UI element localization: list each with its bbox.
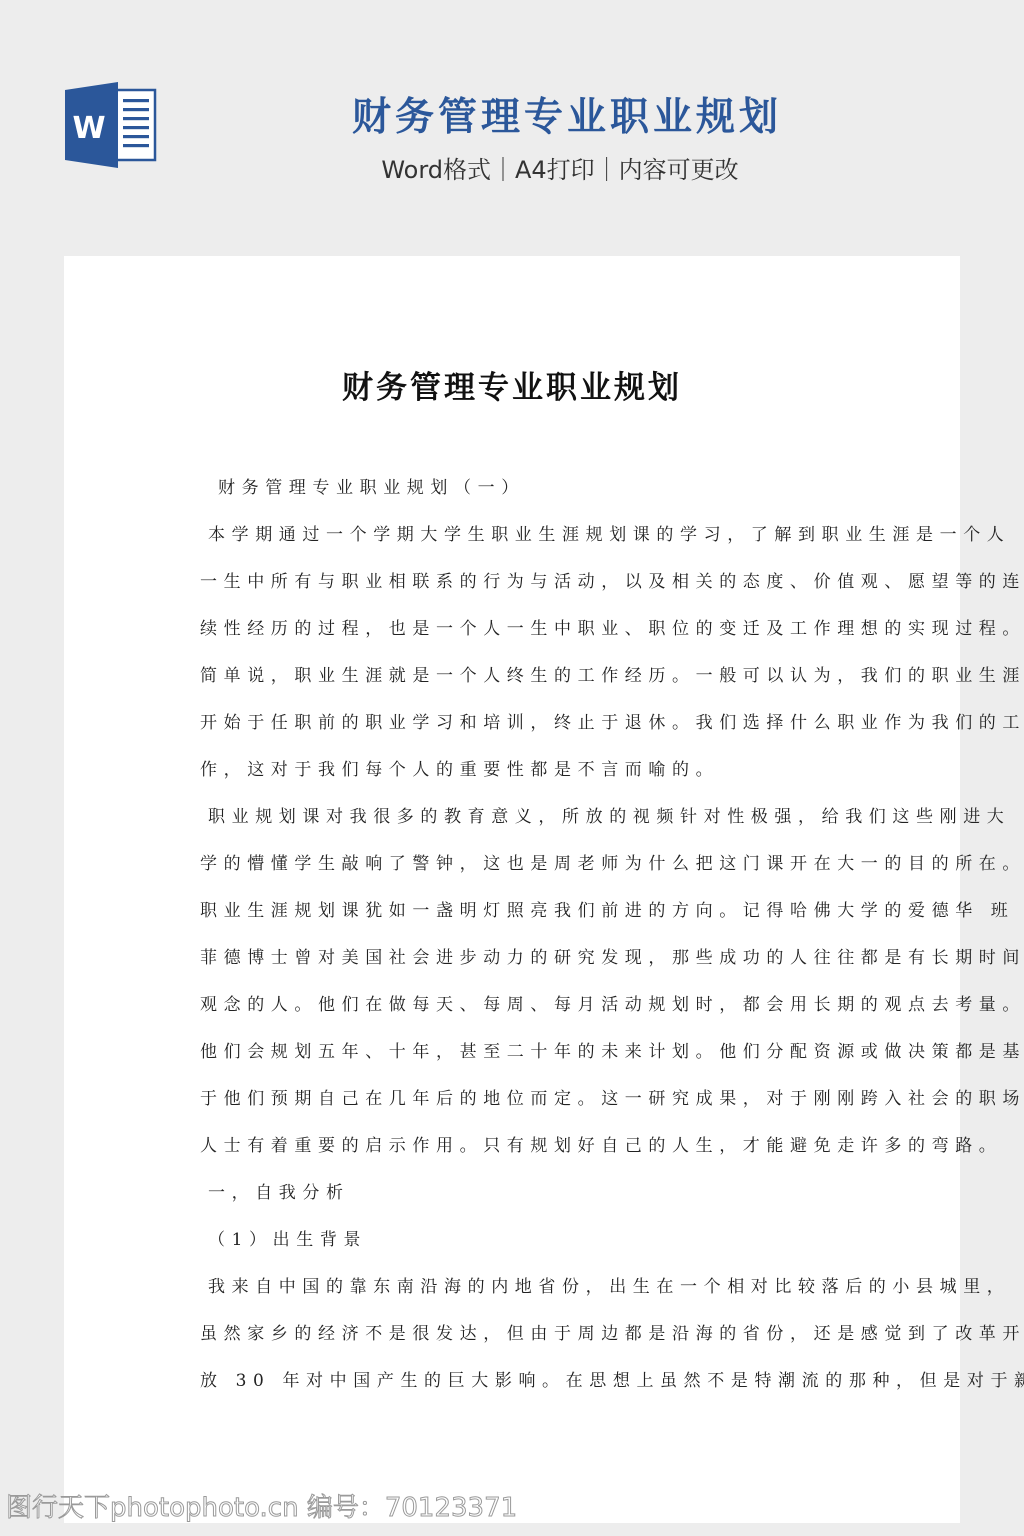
word-icon: W (65, 82, 157, 168)
header-subtitle: Word格式｜A4打印｜内容可更改 (360, 152, 760, 188)
watermark: 图行天下photophoto.cn 编号：70123371 (6, 1492, 517, 1524)
text-line: 学的懵懂学生敲响了警钟，这也是周老师为什么把这门课开在大一的目的所在。 (200, 841, 832, 888)
text-line: 观念的人。他们在做每天、每周、每月活动规划时，都会用长期的观点去考量。 (200, 982, 832, 1029)
document-body: 财务管理专业职业规划（一） 本学期通过一个学期大学生职业生涯规划课的学习，了解到… (200, 465, 832, 1405)
header-title: 财务管理专业职业规划 (352, 92, 762, 144)
svg-text:W: W (72, 111, 105, 146)
document-page: 财务管理专业职业规划 财务管理专业职业规划（一） 本学期通过一个学期大学生职业生… (64, 256, 960, 1523)
text-line: 人士有着重要的启示作用。只有规划好自己的人生，才能避免走许多的弯路。 (200, 1123, 832, 1170)
text-line: 续性经历的过程，也是一个人一生中职业、职位的变迁及工作理想的实现过程。 (200, 606, 832, 653)
text-line: 于他们预期自己在几年后的地位而定。这一研究成果，对于刚刚跨入社会的职场 (200, 1076, 832, 1123)
text-line: （1）出生背景 (200, 1217, 832, 1264)
text-line: 本学期通过一个学期大学生职业生涯规划课的学习，了解到职业生涯是一个人 (200, 512, 832, 559)
text-line: 他们会规划五年、十年，甚至二十年的未来计划。他们分配资源或做决策都是基 (200, 1029, 832, 1076)
text-line: 简单说，职业生涯就是一个人终生的工作经历。一般可以认为，我们的职业生涯 (200, 653, 832, 700)
text-line: 作，这对于我们每个人的重要性都是不言而喻的。 (200, 747, 832, 794)
text-line: 放 30 年对中国产生的巨大影响。在思想上虽然不是特潮流的那种，但是对于新 (200, 1358, 832, 1405)
text-line: 职业规划课对我很多的教育意义，所放的视频针对性极强，给我们这些刚进大 (200, 794, 832, 841)
text-line: 开始于任职前的职业学习和培训，终止于退休。我们选择什么职业作为我们的工 (200, 700, 832, 747)
text-line: 菲德博士曾对美国社会进步动力的研究发现，那些成功的人往往都是有长期时间 (200, 935, 832, 982)
text-line: 一生中所有与职业相联系的行为与活动，以及相关的态度、价值观、愿望等的连 (200, 559, 832, 606)
text-line: 职业生涯规划课犹如一盏明灯照亮我们前进的方向。记得哈佛大学的爱德华 班 (200, 888, 832, 935)
text-line: 我来自中国的靠东南沿海的内地省份，出生在一个相对比较落后的小县城里， (200, 1264, 832, 1311)
text-line: 财务管理专业职业规划（一） (200, 465, 832, 512)
text-line: 虽然家乡的经济不是很发达，但由于周边都是沿海的省份，还是感觉到了改革开 (200, 1311, 832, 1358)
document-title: 财务管理专业职业规划 (64, 366, 960, 410)
text-line: 一，自我分析 (200, 1170, 832, 1217)
